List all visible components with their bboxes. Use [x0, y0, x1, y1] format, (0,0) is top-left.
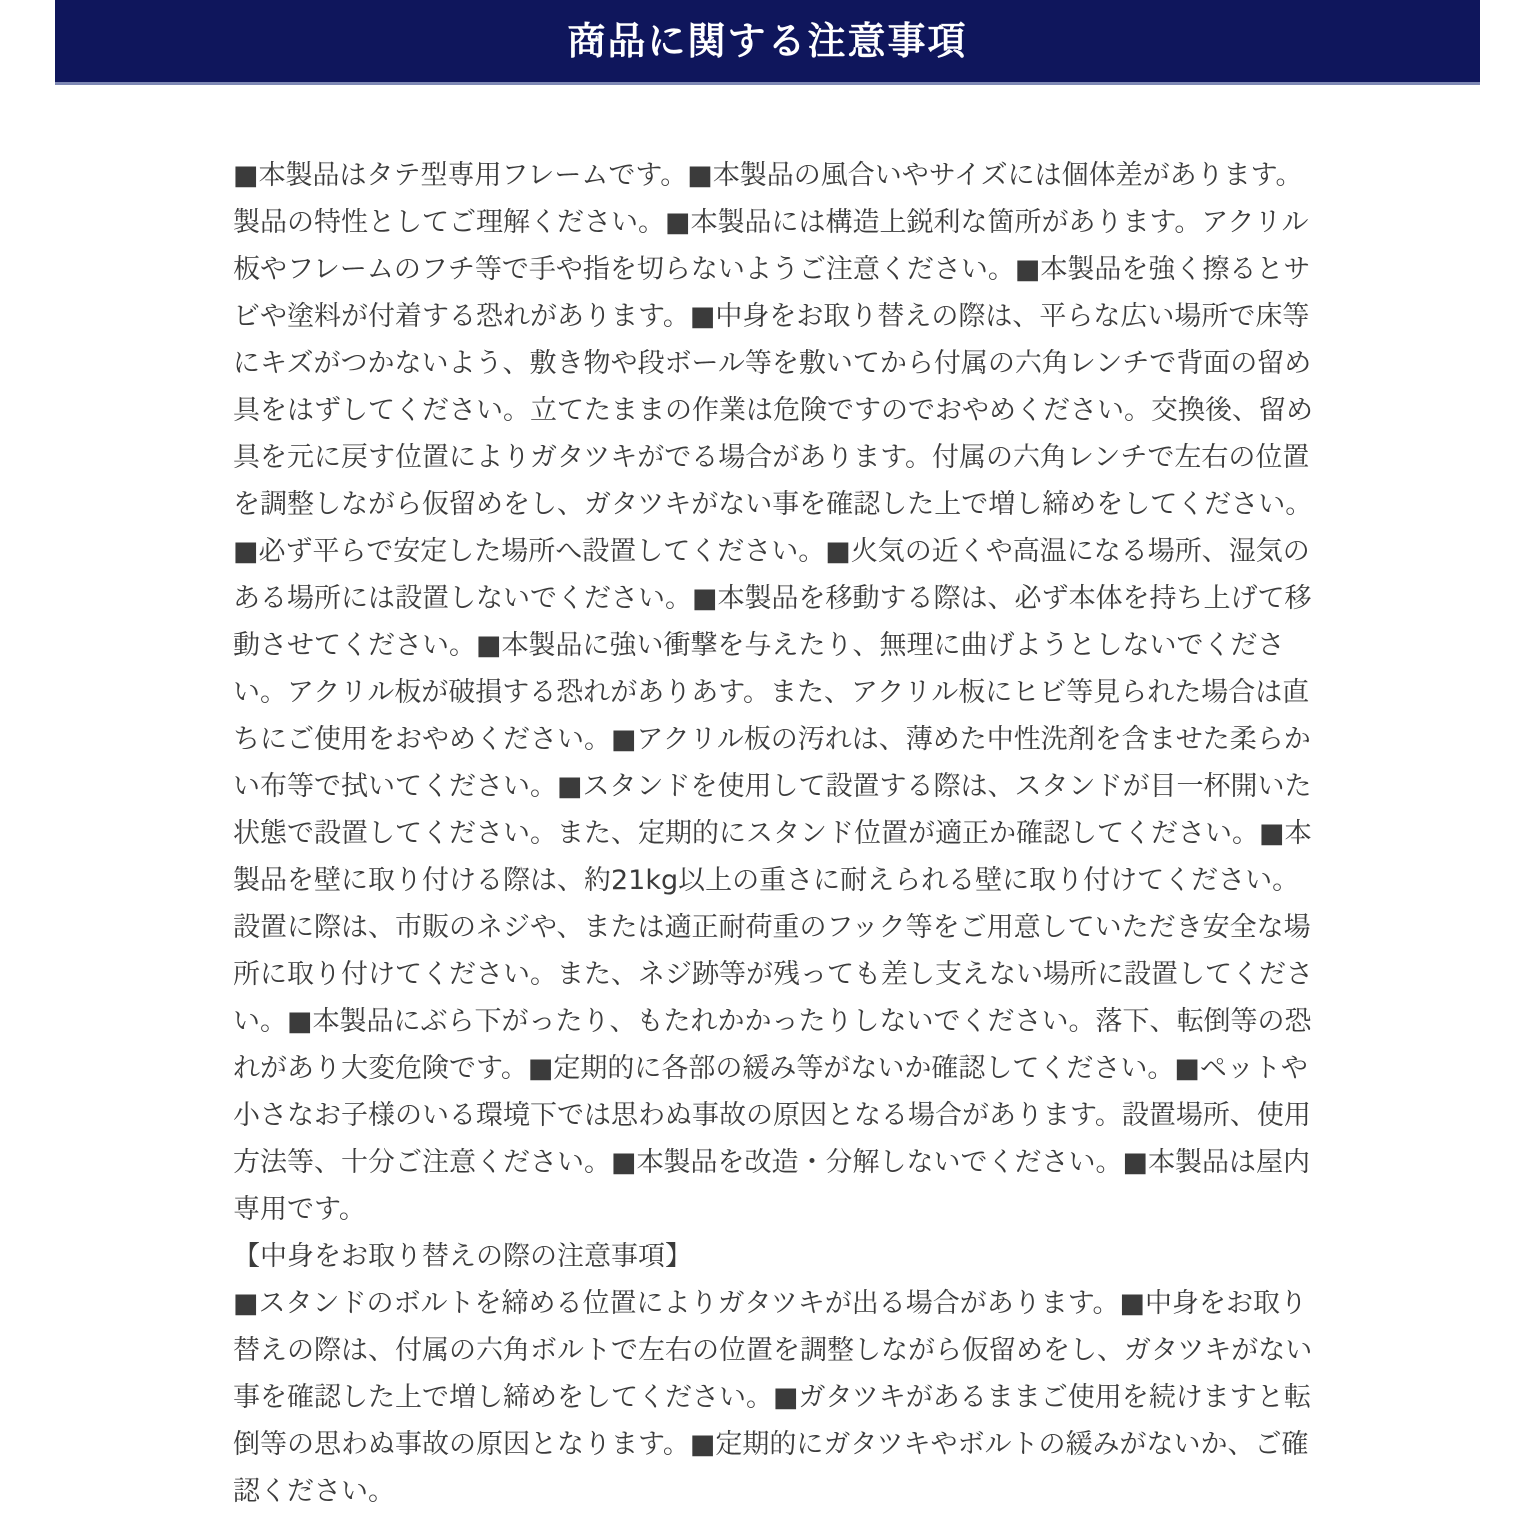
notice-page: 商品に関する注意事項 ■本製品はタテ型専用フレームです。■本製品の風合いやサイズ… — [0, 0, 1536, 1536]
header-bar: 商品に関する注意事項 — [55, 0, 1480, 85]
page-title: 商品に関する注意事項 — [567, 22, 967, 60]
notice-text: ■本製品はタテ型専用フレームです。■本製品の風合いやサイズには個体差があります。… — [233, 152, 1343, 1515]
notice-body: ■本製品はタテ型専用フレームです。■本製品の風合いやサイズには個体差があります。… — [233, 152, 1343, 1515]
